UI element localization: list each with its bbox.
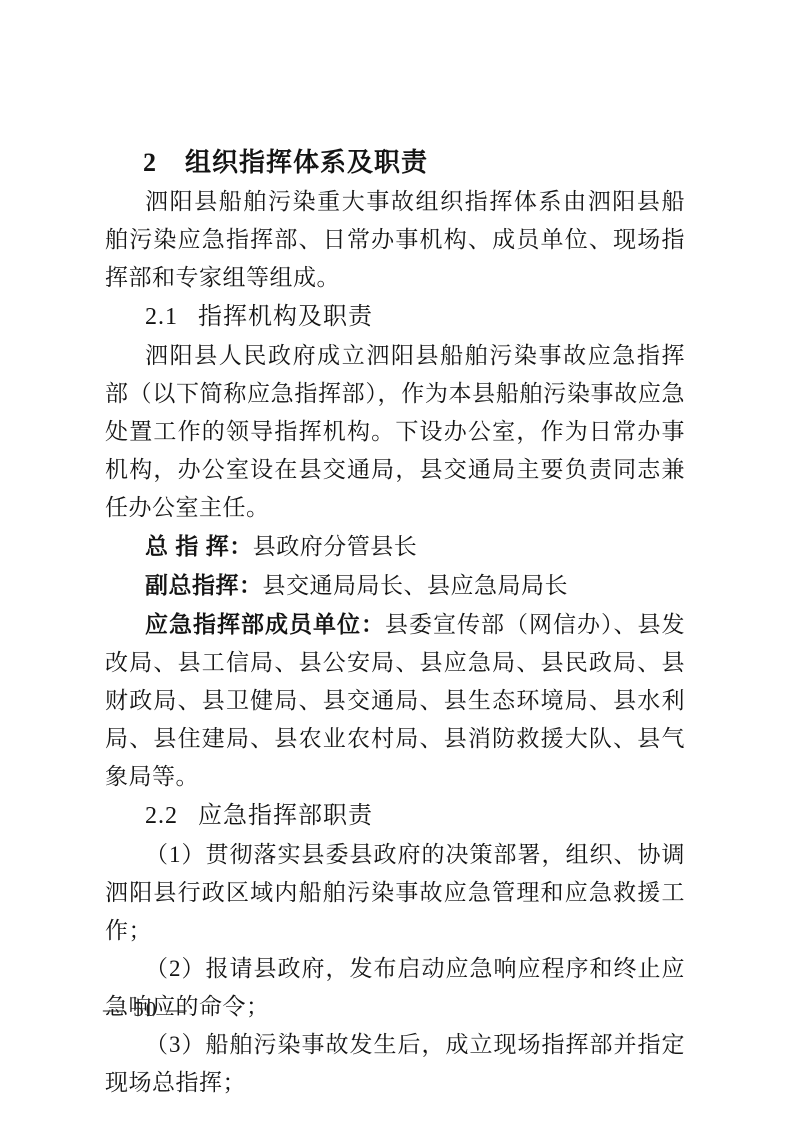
role-value-member-units: 县委宣传部（网信办）、县发改局、县工信局、县公安局、县应急局、县民政局、县财政局… <box>105 612 685 789</box>
role-label-deputy-commander: 副总指挥： <box>145 572 263 598</box>
duty-item-1: （1）贯彻落实县委县政府的决策部署，组织、协调泗阳县行政区域内船舶污染事故应急管… <box>105 836 685 950</box>
role-label-member-units: 应急指挥部成员单位： <box>145 611 385 637</box>
page-number: — 50 — <box>103 997 189 1022</box>
section-2-1-heading: 2.1指挥机构及职责 <box>105 297 685 337</box>
intro-paragraph: 泗阳县船舶污染重大事故组织指挥体系由泗阳县船舶污染应急指挥部、日常办事机构、成员… <box>105 183 685 297</box>
section-2-2-title: 应急指挥部职责 <box>198 803 373 829</box>
document-page: 2组织指挥体系及职责 泗阳县船舶污染重大事故组织指挥体系由泗阳县船舶污染应急指挥… <box>0 0 793 1122</box>
chapter-heading: 2组织指挥体系及职责 <box>105 142 685 183</box>
section-2-1-title: 指挥机构及职责 <box>198 304 373 330</box>
chapter-title: 组织指挥体系及职责 <box>185 147 428 177</box>
chapter-number: 2 <box>143 143 157 183</box>
duty-item-2: （2）报请县政府，发布启动应急响应程序和终止应急响应的命令； <box>105 950 685 1026</box>
role-line-commander: 总 指 挥：县政府分管县长 <box>105 527 685 566</box>
section-2-2-heading: 2.2应急指挥部职责 <box>105 796 685 836</box>
role-label-commander: 总 指 挥： <box>145 533 253 559</box>
role-value-deputy-commander: 县交通局局长、县应急局局长 <box>263 573 569 598</box>
duty-item-3: （3）船舶污染事故发生后，成立现场指挥部并指定现场总指挥； <box>105 1026 685 1102</box>
role-line-member-units: 应急指挥部成员单位：县委宣传部（网信办）、县发改局、县工信局、县公安局、县应急局… <box>105 605 685 796</box>
page-content: 2组织指挥体系及职责 泗阳县船舶污染重大事故组织指挥体系由泗阳县船舶污染应急指挥… <box>105 142 685 1102</box>
section-2-2-number: 2.2 <box>145 796 178 836</box>
role-value-commander: 县政府分管县长 <box>253 534 418 559</box>
section-2-1-body: 泗阳县人民政府成立泗阳县船舶污染事故应急指挥部（以下简称应急指挥部），作为本县船… <box>105 337 685 527</box>
role-line-deputy-commander: 副总指挥：县交通局局长、县应急局局长 <box>105 566 685 605</box>
section-2-1-number: 2.1 <box>145 297 178 337</box>
